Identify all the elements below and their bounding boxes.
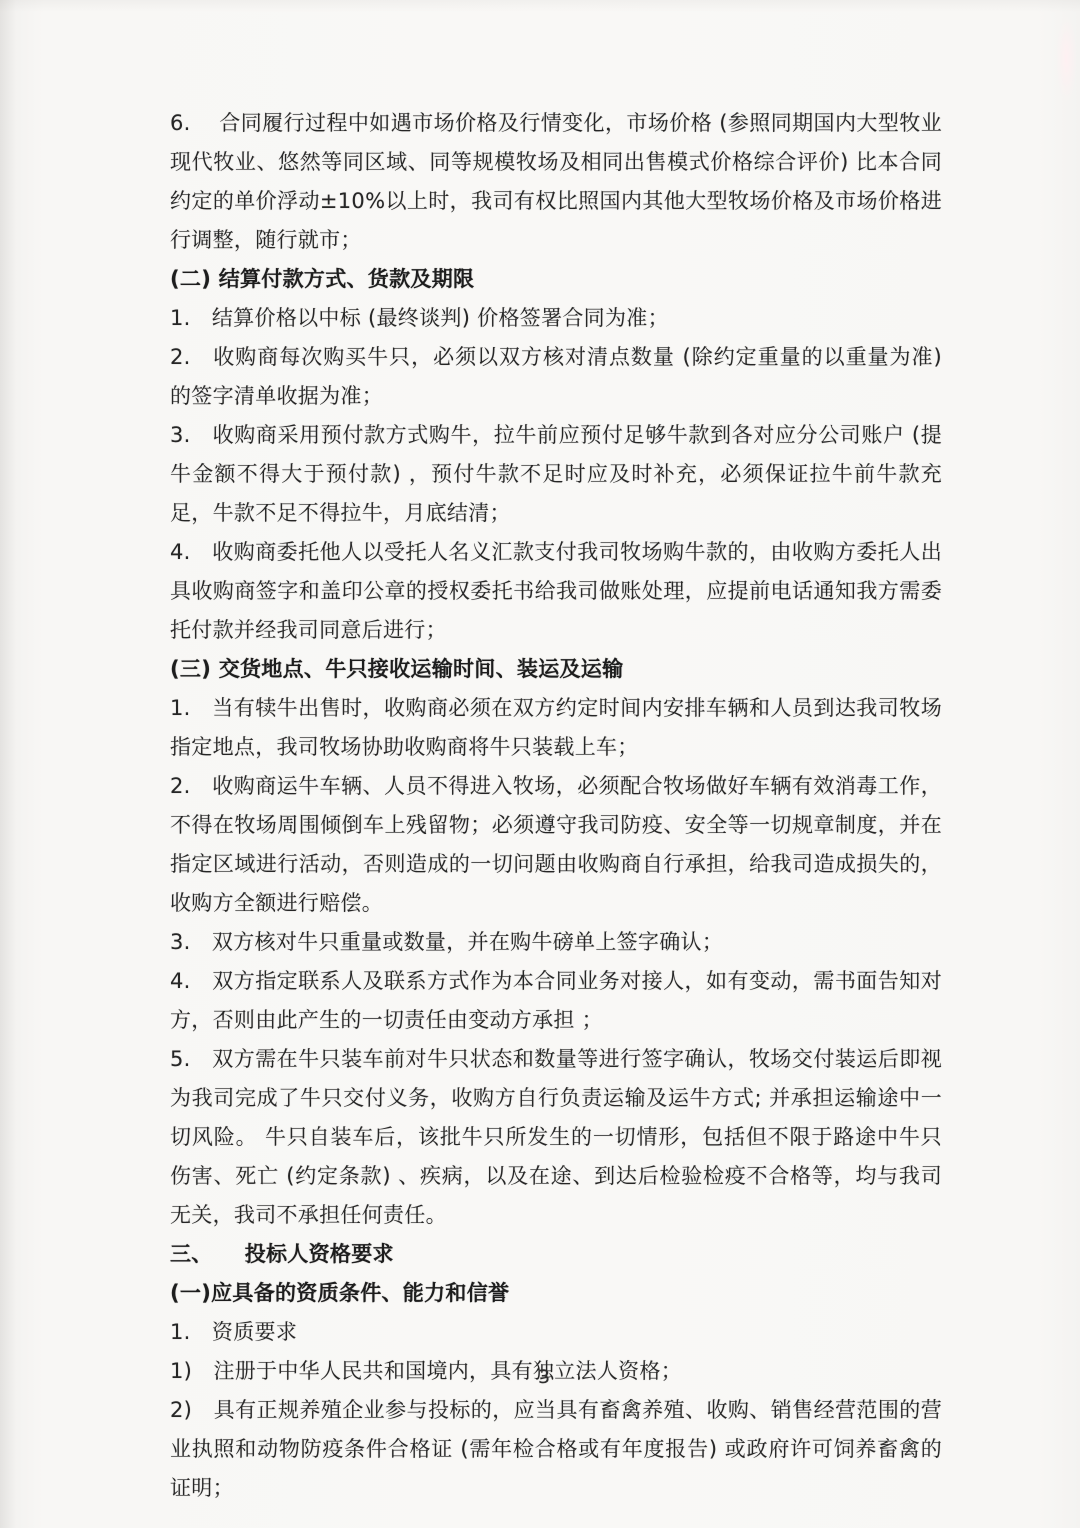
delivery-item-5: 5. 双方需在牛只装车前对牛只状态和数量等进行签字确认，牧场交付装运后即视为我司… (170, 1040, 942, 1235)
payment-item-4: 4. 收购商委托他人以受托人名义汇款支付我司牧场购牛款的，由收购方委托人出具收购… (170, 533, 942, 650)
qualification-title: 1. 资质要求 (170, 1313, 942, 1352)
delivery-item-3: 3. 双方核对牛只重量或数量，并在购牛磅单上签字确认； (170, 923, 942, 962)
chapter-heading-bidder: 三、 投标人资格要求 (170, 1235, 942, 1274)
clause-6: 6. 合同履行过程中如遇市场价格及行情变化，市场价格 (参照同期国内大型牧业现代… (170, 104, 942, 260)
payment-item-1: 1. 结算价格以中标 (最终谈判) 价格签署合同为准； (170, 299, 942, 338)
section-heading-1-qualif: (一)应具备的资质条件、能力和信誉 (170, 1274, 942, 1313)
document-body: 6. 合同履行过程中如遇市场价格及行情变化，市场价格 (参照同期国内大型牧业现代… (170, 104, 942, 1508)
section-heading-2: (二) 结算付款方式、货款及期限 (170, 260, 942, 299)
payment-item-2: 2. 收购商每次购买牛只，必须以双方核对清点数量 (除约定重量的以重量为准) 的… (170, 338, 942, 416)
delivery-item-4: 4. 双方指定联系人及联系方式作为本合同业务对接人，如有变动，需书面告知对方，否… (170, 962, 942, 1040)
payment-item-3: 3. 收购商采用预付款方式购牛，拉牛前应预付足够牛款到各对应分公司账户 (提牛金… (170, 416, 942, 533)
scan-edge-shadow-left (0, 0, 16, 1528)
document-page: 6. 合同履行过程中如遇市场价格及行情变化，市场价格 (参照同期国内大型牧业现代… (0, 0, 1080, 1528)
section-heading-3: (三) 交货地点、牛只接收运输时间、装运及运输 (170, 650, 942, 689)
page-number: 3 (170, 1362, 918, 1392)
scan-edge-shadow-top (0, 0, 1080, 12)
qualification-item-2: 2) 具有正规养殖企业参与投标的，应当具有畜禽养殖、收购、销售经营范围的营业执照… (170, 1391, 942, 1508)
delivery-item-1: 1. 当有犊牛出售时，收购商必须在双方约定时间内安排车辆和人员到达我司牧场指定地… (170, 689, 942, 767)
delivery-item-2: 2. 收购商运牛车辆、人员不得进入牧场，必须配合牧场做好车辆有效消毒工作，不得在… (170, 767, 942, 923)
